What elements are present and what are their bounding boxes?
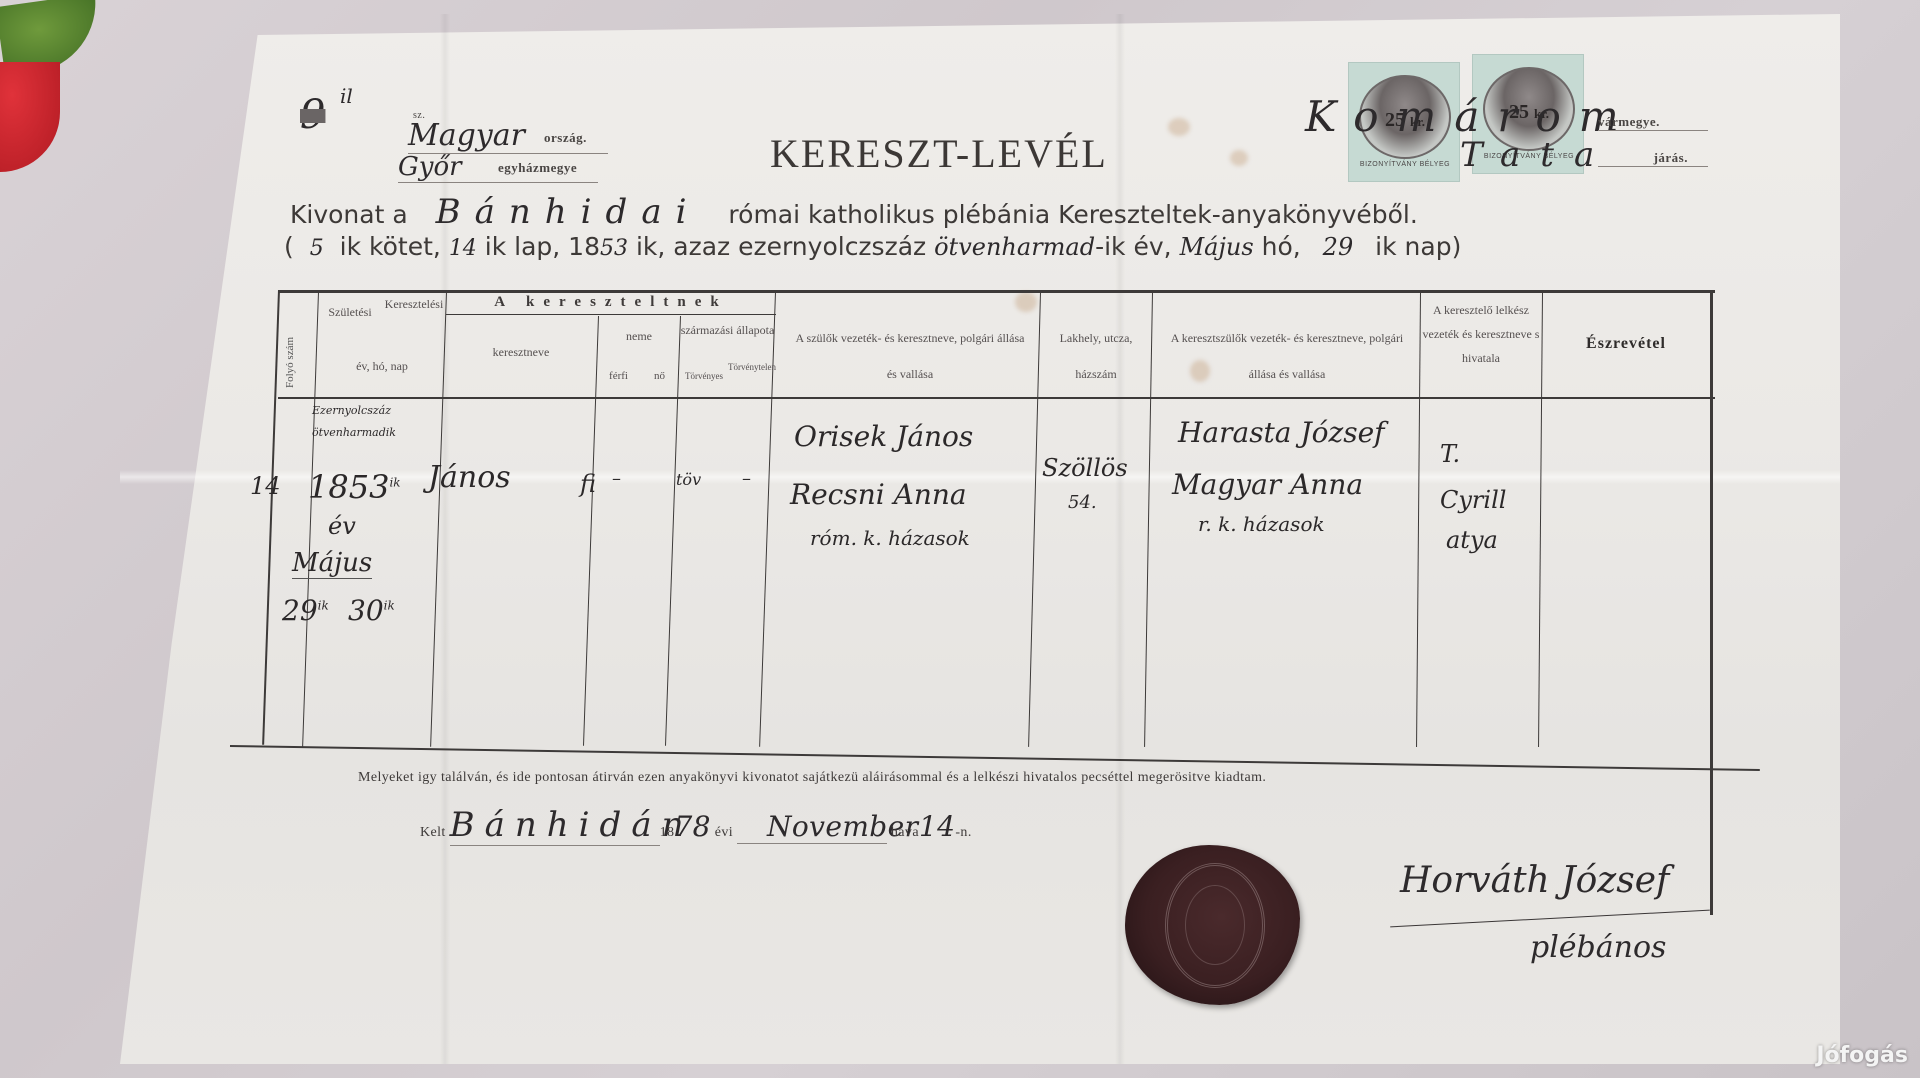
volume-number: 5 xyxy=(310,236,324,261)
cell-godparents-godfather: Harasta József xyxy=(1178,416,1385,449)
header-serial: Folyó szám xyxy=(284,337,296,388)
cell-priest-title: atya xyxy=(1446,526,1498,554)
cell-serial: 14 xyxy=(250,472,281,500)
cell-priest-name: Cyrill xyxy=(1440,486,1506,514)
county-label: vármegye. xyxy=(1598,114,1708,131)
header-priest: A keresztelő lelkész vezeték és keresztn… xyxy=(1422,298,1540,370)
register-reference-line: ( 5 ik kötet, 14 ik lap, 1853 ik, azaz e… xyxy=(284,232,1461,261)
county-value: Komárom xyxy=(1305,92,1637,141)
header-godparents: A keresztszülők vezeték- és keresztneve,… xyxy=(1158,320,1416,392)
cell-residence-place: Szöllös xyxy=(1042,454,1128,482)
vertical-fold xyxy=(1115,14,1125,1064)
cell-date-words: Ezernyolcszáz ötvenharmadik xyxy=(312,400,432,444)
issue-month: November xyxy=(737,810,887,844)
issue-day: 14 xyxy=(919,810,955,843)
cell-parents-status: róm. k. házasok xyxy=(810,526,970,550)
certification-statement: Melyeket igy találván, és ide pontosan á… xyxy=(358,770,1266,786)
wax-seal-icon xyxy=(1125,845,1300,1005)
struck-number: 9 xyxy=(300,92,325,138)
issue-place: Bánhidán xyxy=(450,805,660,846)
diocese-label: egyházmegye xyxy=(498,160,577,176)
parish-name: Bánhidai xyxy=(436,192,701,232)
page-number: 14 xyxy=(449,236,477,261)
signature-title: plébános xyxy=(1530,930,1666,965)
header-legitimate: Törvényes xyxy=(680,366,728,386)
cell-priest-initial: T. xyxy=(1440,440,1460,468)
header-sex: neme xyxy=(598,326,680,346)
year-words: ötvenharmad xyxy=(934,233,1095,261)
signature-name: Horváth József xyxy=(1400,860,1669,901)
header-illegitimate: Törvénytelen xyxy=(728,360,775,374)
header-date: év, hó, nap xyxy=(318,356,446,376)
number-suffix: il xyxy=(340,84,353,108)
header-baptism: Keresztelési xyxy=(382,294,446,314)
cell-birth-day: 29ik xyxy=(282,594,329,627)
month: Május xyxy=(1180,233,1254,261)
table-header-bottom xyxy=(278,397,1715,399)
header-legitimacy: származási állapota xyxy=(680,320,775,340)
district-label: járás. xyxy=(1598,150,1708,167)
extract-line: Kivonat a Bánhidai római katholikus pléb… xyxy=(290,192,1418,232)
cell-parents-mother: Recsni Anna xyxy=(790,478,967,511)
red-pot-background xyxy=(0,62,60,172)
cell-month: Május xyxy=(292,548,372,579)
paper-stain xyxy=(1015,292,1037,312)
header-parents: A szülők vezeték- és keresztneve, polgár… xyxy=(790,320,1030,392)
header-birth: Születési xyxy=(318,302,382,322)
header-residence: Lakhely, utcza, házszám xyxy=(1040,320,1152,392)
district-value: Tata xyxy=(1460,135,1614,175)
header-female: nő xyxy=(639,366,680,386)
cell-female: – xyxy=(612,468,621,489)
cell-ev: év xyxy=(328,512,356,540)
paper-stain xyxy=(1168,118,1190,136)
cell-given-name: János xyxy=(428,460,511,495)
cell-residence-number: 54. xyxy=(1068,492,1097,513)
document-title: KERESZT-LEVÉL xyxy=(770,130,1108,177)
year-digits: 53 xyxy=(600,236,628,261)
header-given-name: keresztneve xyxy=(446,342,596,362)
header-baptized-group: A kereszteltnek xyxy=(446,292,776,312)
jofogas-watermark: Jófogás xyxy=(1816,1043,1908,1068)
issued-line: Kelt Bánhidán1878 évi November hava14-n. xyxy=(420,805,972,846)
paper-stain xyxy=(1230,150,1248,166)
cell-godparents-status: r. k. házasok xyxy=(1198,512,1325,536)
cell-baptism-day: 30ik xyxy=(348,594,395,627)
cell-godparents-godmother: Magyar Anna xyxy=(1172,468,1363,501)
cell-legitimate: töv xyxy=(676,470,701,489)
cell-parents-father: Orisek János xyxy=(794,420,973,453)
cell-illegitimate: – xyxy=(742,468,751,489)
cell-year: 1853ik xyxy=(308,468,401,506)
table-right-border xyxy=(1710,290,1713,915)
country-label: ország. xyxy=(544,130,587,146)
day: 29 xyxy=(1323,233,1354,261)
group-header-underline xyxy=(446,314,776,315)
issue-year: 78 xyxy=(674,810,710,843)
header-remarks: Észrevétel xyxy=(1542,334,1710,354)
cell-male: fi xyxy=(580,470,596,498)
header-male: férfi xyxy=(598,366,639,386)
